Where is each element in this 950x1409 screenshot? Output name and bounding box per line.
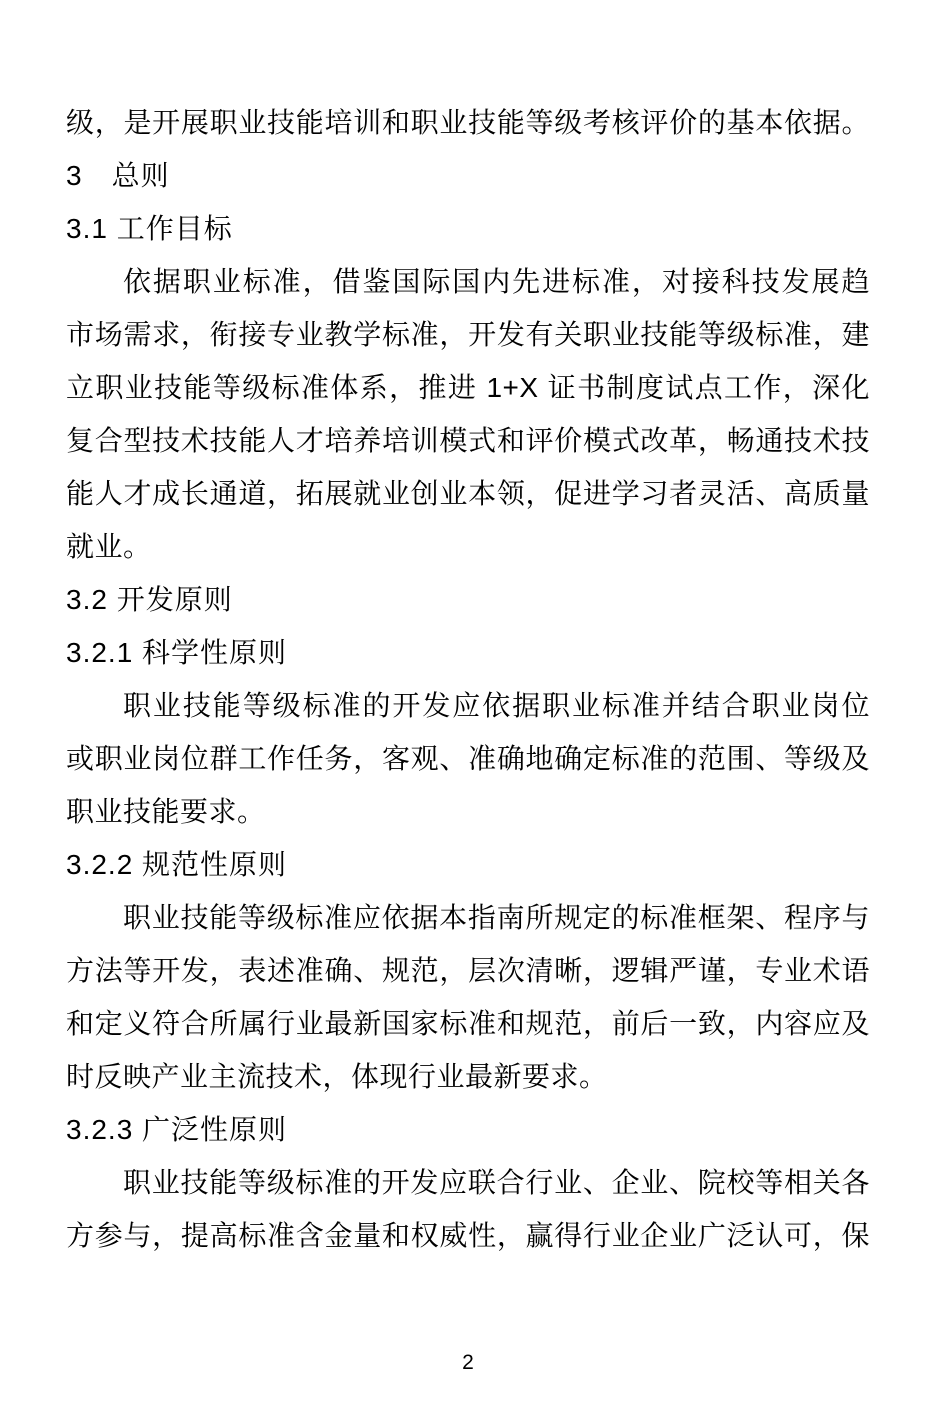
text-line: 时反映产业主流技术，体现行业最新要求。 bbox=[66, 1050, 870, 1103]
text-line: 和定义符合所属行业最新国家标准和规范，前后一致，内容应及 bbox=[66, 997, 870, 1050]
text-line: 立职业技能等级标准体系，推进 1+X 证书制度试点工作，深化 bbox=[66, 361, 870, 414]
heading-line: 3.2 开发原则 bbox=[66, 573, 870, 626]
text-line: 就业。 bbox=[66, 520, 870, 573]
heading-line: 3.2.1 科学性原则 bbox=[66, 626, 870, 679]
text-line: 职业技能要求。 bbox=[66, 785, 870, 838]
heading-line: 3.1 工作目标 bbox=[66, 202, 870, 255]
document-page: 级，是开展职业技能培训和职业技能等级考核评价的基本依据。3 总则3.1 工作目标… bbox=[0, 0, 950, 1409]
text-line: 职业技能等级标准应依据本指南所规定的标准框架、程序与 bbox=[66, 891, 870, 944]
heading-line: 3.2.3 广泛性原则 bbox=[66, 1103, 870, 1156]
text-line: 市场需求，衔接专业教学标准，开发有关职业技能等级标准，建 bbox=[66, 308, 870, 361]
text-line: 能人才成长通道，拓展就业创业本领，促进学习者灵活、高质量 bbox=[66, 467, 870, 520]
text-line: 依据职业标准，借鉴国际国内先进标准，对接科技发展趋势、 bbox=[66, 255, 870, 308]
text-line: 职业技能等级标准的开发应联合行业、企业、院校等相关各 bbox=[66, 1156, 870, 1209]
text-line: 职业技能等级标准的开发应依据职业标准并结合职业岗位 bbox=[66, 679, 870, 732]
document-body: 级，是开展职业技能培训和职业技能等级考核评价的基本依据。3 总则3.1 工作目标… bbox=[66, 96, 870, 1262]
text-line: 复合型技术技能人才培养培训模式和评价模式改革，畅通技术技 bbox=[66, 414, 870, 467]
text-line: 或职业岗位群工作任务，客观、准确地确定标准的范围、等级及 bbox=[66, 732, 870, 785]
text-line: 方参与，提高标准含金量和权威性，赢得行业企业广泛认可，保 bbox=[66, 1209, 870, 1262]
page-number: 2 bbox=[66, 1348, 870, 1378]
heading-line: 3 总则 bbox=[66, 149, 870, 202]
text-line: 级，是开展职业技能培训和职业技能等级考核评价的基本依据。 bbox=[66, 96, 870, 149]
heading-line: 3.2.2 规范性原则 bbox=[66, 838, 870, 891]
text-line: 方法等开发，表述准确、规范，层次清晰，逻辑严谨，专业术语 bbox=[66, 944, 870, 997]
